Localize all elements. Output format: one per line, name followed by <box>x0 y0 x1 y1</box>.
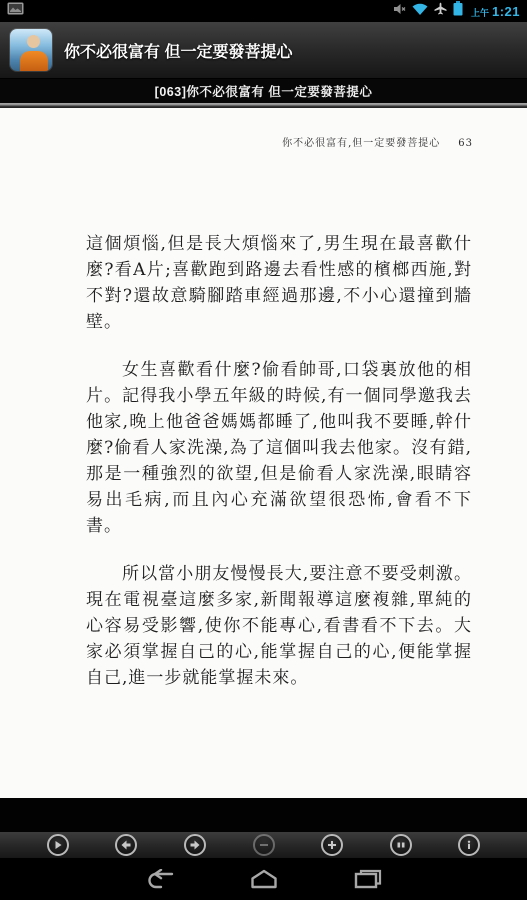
zoom-in-button[interactable] <box>321 834 343 856</box>
pause-button[interactable] <box>390 834 412 856</box>
page-body-text: 這個煩惱,但是長大煩惱來了,男生現在最喜歡什麼?看A片;喜歡跑到路邊去看性感的檳… <box>86 231 472 691</box>
recents-button[interactable] <box>354 869 382 889</box>
play-icon <box>53 840 63 850</box>
page-gap <box>0 798 527 832</box>
mute-icon <box>393 2 406 20</box>
system-icons: 上午 1:21 <box>393 1 520 21</box>
chapter-bar: [063]你不必很富有 但一定要發菩提心 <box>0 79 527 103</box>
reader-toolbar <box>0 832 527 858</box>
next-page-button[interactable] <box>184 834 206 856</box>
info-icon <box>464 840 474 850</box>
wifi-icon <box>412 2 428 20</box>
plus-icon <box>327 840 337 850</box>
play-button[interactable] <box>47 834 69 856</box>
running-head: 你不必很富有,但一定要發菩提心 63 <box>0 134 473 149</box>
arrow-left-icon <box>121 840 131 850</box>
paragraph: 這個煩惱,但是長大煩惱來了,男生現在最喜歡什麼?看A片;喜歡跑到路邊去看性感的檳… <box>86 231 472 335</box>
status-bar: 上午 1:21 <box>0 0 527 22</box>
monk-robe-shape <box>20 51 48 71</box>
back-icon <box>146 869 174 889</box>
clock: 上午 1:21 <box>471 4 520 19</box>
minus-icon <box>259 840 269 850</box>
arrow-right-icon <box>190 840 200 850</box>
monk-head-shape <box>27 35 40 48</box>
page-number: 63 <box>458 138 473 149</box>
running-head-title: 你不必很富有,但一定要發菩提心 <box>282 134 440 149</box>
tablet-screen: 上午 1:21 你不必很富有 但一定要發菩提心 [063]你不必很富有 但一定要… <box>0 0 527 900</box>
zoom-out-button[interactable] <box>253 834 275 856</box>
app-icon-monk-avatar[interactable] <box>10 29 52 71</box>
home-button[interactable] <box>250 869 278 889</box>
previous-page-button[interactable] <box>115 834 137 856</box>
airplane-icon <box>434 2 447 20</box>
gallery-icon <box>7 2 24 20</box>
app-title: 你不必很富有 但一定要發菩提心 <box>64 39 292 62</box>
app-title-bar: 你不必很富有 但一定要發菩提心 <box>0 22 527 79</box>
clock-time: 1:21 <box>492 4 520 19</box>
back-button[interactable] <box>146 869 174 889</box>
notification-area[interactable] <box>7 2 24 20</box>
paragraph: 所以當小朋友慢慢長大,要注意不要受刺激。現在電視臺這麼多家,新聞報導這麼複雜,單… <box>86 561 472 691</box>
recents-icon <box>354 869 382 889</box>
book-page[interactable]: 你不必很富有,但一定要發菩提心 63 這個煩惱,但是長大煩惱來了,男生現在最喜歡… <box>0 108 527 798</box>
pause-icon <box>396 840 406 850</box>
clock-am-pm: 上午 <box>471 6 489 19</box>
chapter-title: [063]你不必很富有 但一定要發菩提心 <box>155 82 373 100</box>
android-nav-bar <box>0 858 527 900</box>
home-icon <box>250 869 278 889</box>
battery-icon <box>453 1 463 21</box>
paragraph: 女生喜歡看什麼?偷看帥哥,口袋裏放他的相片。記得我小學五年級的時候,有一個同學邀… <box>86 357 472 539</box>
info-button[interactable] <box>458 834 480 856</box>
